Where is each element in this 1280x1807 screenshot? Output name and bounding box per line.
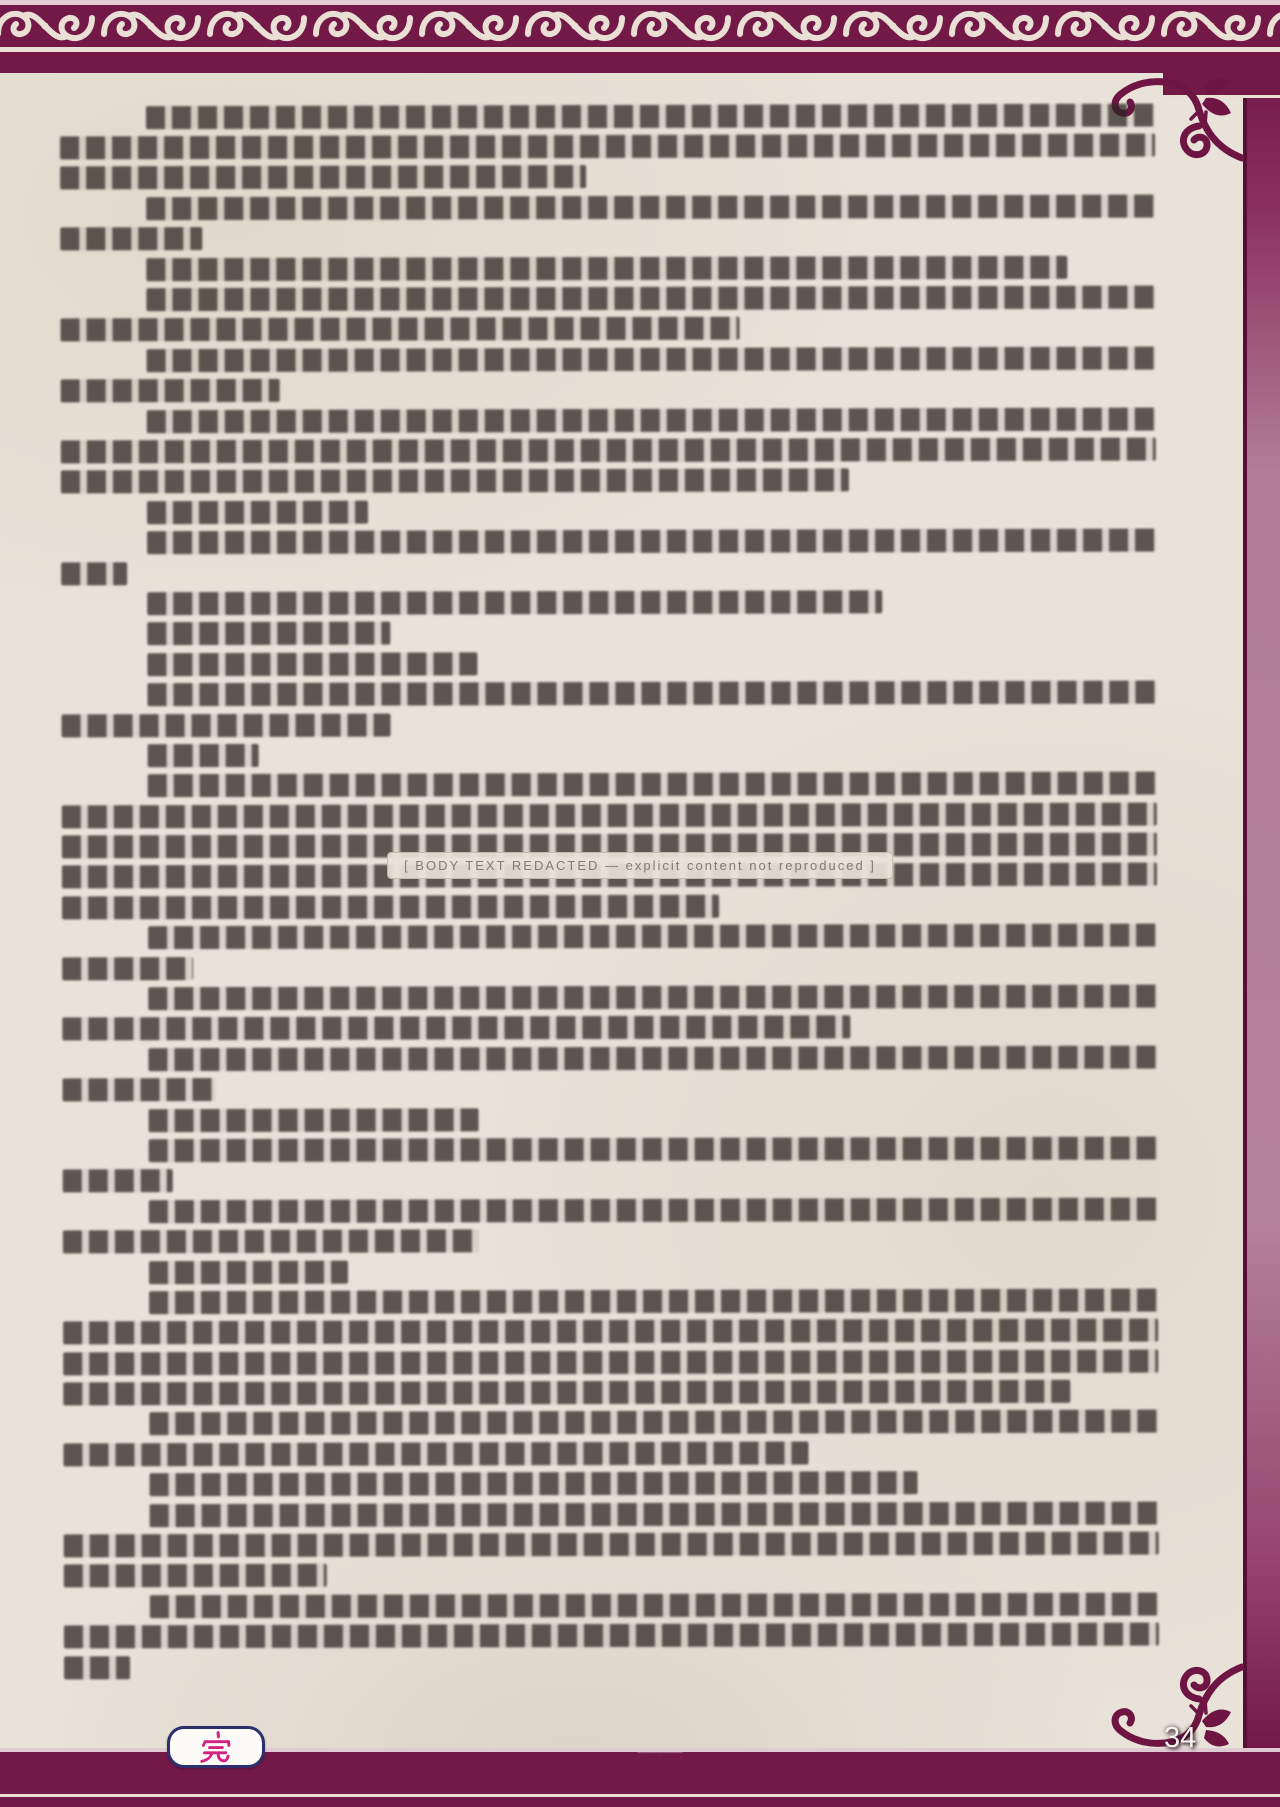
redacted-text-line (64, 1649, 1159, 1682)
redacted-text-line (60, 221, 1155, 254)
body-text (60, 100, 1159, 1683)
redacted-text-line (63, 1254, 1158, 1287)
redacted-text-line (62, 951, 1157, 984)
top-right-corner-block (1163, 73, 1280, 98)
redacted-text-line (60, 252, 1155, 285)
redacted-text-line (64, 1467, 1159, 1500)
redacted-text-line (60, 312, 1155, 345)
redacted-text-line (63, 1224, 1158, 1257)
redacted-text-line (62, 799, 1157, 832)
redacted-text-line (61, 525, 1156, 558)
redacted-text-line (61, 373, 1156, 406)
end-stamp: 完 (167, 1726, 265, 1768)
redacted-text-line (61, 616, 1156, 649)
redacted-text-line (63, 1346, 1158, 1379)
top-right-corner-inset-line (1240, 96, 1243, 286)
redacted-text-line (62, 981, 1157, 1014)
top-ornament-band (0, 5, 1280, 47)
redacted-text-line (62, 1072, 1157, 1105)
redacted-text-line (61, 677, 1156, 710)
redacted-text-line (62, 768, 1157, 801)
redacted-text-line (63, 1315, 1158, 1348)
redacted-text-line (62, 707, 1157, 740)
redacted-text-line (62, 890, 1157, 923)
redacted-text-line (63, 1194, 1158, 1227)
redacted-text-line (63, 1437, 1158, 1470)
right-edge-band (1243, 73, 1280, 1748)
redacted-text-line (64, 1558, 1159, 1591)
redacted-text-line (60, 191, 1155, 224)
redacted-text-line (64, 1589, 1159, 1622)
redacted-text-line (61, 495, 1156, 528)
redacted-text-line (63, 1133, 1158, 1166)
kanji-wan-glyph-icon (198, 1730, 234, 1764)
redacted-text-line (60, 282, 1155, 315)
redacted-text-line (63, 1406, 1158, 1439)
redacted-text-line (63, 1102, 1158, 1135)
redacted-text-line (63, 1376, 1158, 1409)
scanned-page: [ BODY TEXT REDACTED — explicit content … (0, 0, 1280, 1807)
redacted-text-line (61, 586, 1156, 619)
redacted-text-line (61, 555, 1156, 588)
redaction-notice: [ BODY TEXT REDACTED — explicit content … (387, 852, 893, 879)
redacted-text-line (60, 130, 1155, 163)
redacted-text-line (62, 1042, 1157, 1075)
redacted-text-line (60, 100, 1155, 133)
redacted-text-line (60, 160, 1155, 193)
redacted-text-line (61, 464, 1156, 497)
redacted-text-line (61, 647, 1156, 680)
top-border-solid (0, 52, 1280, 73)
redacted-text-line (64, 1498, 1159, 1531)
redacted-text-line (61, 343, 1156, 376)
redacted-text-line (64, 1528, 1159, 1561)
redacted-text-line (62, 738, 1157, 771)
scroll-ornament-top-icon (0, 5, 1280, 47)
redacted-text-line (64, 1619, 1159, 1652)
page-number: 34 (1164, 1722, 1196, 1755)
bottom-border-solid (0, 1797, 1280, 1807)
redacted-text-line (61, 403, 1156, 436)
redacted-text-line (63, 1163, 1158, 1196)
redacted-text-line (63, 1285, 1158, 1318)
redacted-text-line (62, 1011, 1157, 1044)
redacted-text-line (61, 434, 1156, 467)
redacted-text-line (62, 920, 1157, 953)
